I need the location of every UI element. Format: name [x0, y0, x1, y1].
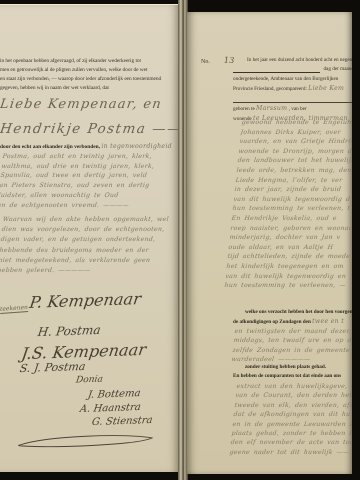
handwritten-line: an Pieters Stienstra, oud zeven en derti…: [0, 181, 178, 191]
blank-rule: [233, 66, 320, 73]
printed-line: In het jaar een duizend acht honderd ach…: [247, 56, 352, 65]
signature-witness-1: Donia: [75, 375, 103, 386]
handwritten-line: walthma, oud drie en twintig jaren, kler…: [1, 162, 179, 172]
handwritten-line: Waarvan wij den akte hebben opgemaakt, w…: [2, 215, 179, 225]
handwritten-line: gewoond hebbende te Engelum, z: [241, 118, 352, 128]
printed-intro: in het openbaar hebben afgevraagd, of zi…: [0, 57, 175, 93]
handwritten-line: minderjarig, dochter van Jan v: [229, 233, 352, 243]
handwritten-line: Spanvlia, oud twee en dertig jaren, veld: [0, 171, 179, 181]
handwritten-line: hun toestemming te verleenen, t: [232, 204, 352, 214]
left-page: in het openbaar hebben afgevraagd, of zi…: [0, 4, 179, 472]
handwritten-line: extract van den huwelijksgeve, den tw: [236, 382, 352, 391]
bride-name: Hendrikje Postma ———: [0, 121, 179, 137]
printed-fragment: dag der maand: [323, 65, 352, 74]
handwritten-line: dien was voorgelezen, door de echtgenoot…: [1, 225, 179, 235]
printed-line-with-blank: dag der maand: [233, 65, 352, 74]
bond-line: door den echt aan elkander zijn verbonde…: [0, 143, 178, 150]
handwritten-line: hebben geleerd. —————: [0, 266, 176, 276]
handwritten-line: niet medegeteekend, als verklarende geen: [0, 256, 177, 266]
handwritten-line: geene nader tot dit huwelijk ——: [229, 448, 352, 457]
printed-line-with-handwriting: geboren te Marssum , van ber: [233, 104, 352, 114]
comparanten-printed-line: En hebben de comparanten tot dat einde a…: [233, 373, 352, 379]
handwritten-line: van dit huwelijk tegenwoordig en: [225, 272, 348, 282]
handwritten-line: Postma, oud acht en twintig jaren, klerk…: [2, 152, 179, 162]
printed-line: gegeven, hebben wij in naam der wet verk…: [0, 84, 175, 93]
signature-witness-3: A. Haanstra: [79, 402, 141, 415]
handwritten-line: en twintigsten der maand dezer, des voor: [234, 327, 352, 336]
handwritten-line: plaats gehad, zonder te hebben bli: [231, 429, 352, 438]
signature-relative: S. J. Postma: [19, 360, 87, 375]
printed-line: en staat zijn verbonden, — waarop door i…: [0, 75, 175, 84]
handwritten-fill: twee en t: [312, 318, 344, 325]
registry-book-scan: in het openbaar hebben afgevraagd, of zi…: [0, 0, 360, 480]
opening-paragraph: In het jaar een duizend acht honderd ach…: [233, 56, 352, 125]
handwritten-line: zelfde Zondagen in de gemeente Leeu: [232, 346, 352, 355]
handwritten-line: en in de gemeente Leeuwarden zo: [232, 420, 352, 429]
bond-printed-text: door den echt aan elkander zijn verbonde…: [0, 144, 100, 150]
handwritten-line: tijd achttelieden, zijnde de moeder: [227, 252, 350, 262]
handwritten-line: middags, ten twaalf ure en op dez: [233, 336, 352, 345]
witness-block: Postma, oud acht en twintig jaren, klerk…: [0, 152, 179, 210]
right-closing-handwritten-block: extract van den huwelijksgeve, den twvan…: [229, 382, 352, 457]
handwritten-line: dat de afkondigingen van dit hu: [233, 410, 352, 419]
groom-name: Liebe Kempenaar, en: [0, 97, 163, 112]
handwritten-line: oude aldaar, en van Aaltje H: [228, 243, 351, 253]
signature-bride: H. Postma: [37, 323, 102, 339]
handwritten-line: En Hendrikje Voskelia, oud e: [231, 214, 352, 224]
handwritten-line: tweede van elk, den vierden, afschr: [234, 401, 352, 410]
handwritten-line: roep naaister, geboren en woonach: [230, 224, 352, 234]
blank-rule: [233, 94, 352, 103]
handwritten-line: het kinderlijk toegenegen en om: [226, 262, 349, 272]
publication-printed-line: welke ons verzocht hebben het door hen v…: [245, 309, 352, 315]
handwritten-line: vaarden, en van Grietje Hindriks: [239, 137, 352, 147]
signature-groom: P. Kempenaar: [28, 289, 142, 312]
act-number: No.13: [201, 56, 235, 65]
handwritten-line: Johannes Dirks Kuiper, over: [240, 128, 352, 138]
printed-line-with-handwriting: Provincie Friesland, gecompareerd: Liebe…: [233, 84, 352, 94]
comparanten-handwritten-block: gewoond hebbende te Engelum, zJohannes D…: [224, 118, 352, 291]
flourish-mark: [16, 433, 158, 451]
printed-line: men en getrouwelijk al de pligten zullen…: [0, 66, 175, 75]
signature-witness-4: G. Stienstra: [91, 415, 153, 428]
handwritten-line: an de echtgenooten vreemd. ————: [0, 201, 176, 211]
right-page: No.13 In het jaar een duizend acht honde…: [187, 12, 352, 474]
handwritten-line: leede orde, betrekken mag, den: [236, 166, 352, 176]
printed-fragment: Provincie Friesland, gecompareerd:: [233, 86, 307, 92]
publication-line-with-handwriting: de afkondigingen op Zondagen den twee en…: [233, 318, 352, 325]
printed-fragment: de afkondigingen op Zondagen den: [233, 319, 311, 325]
handwritten-line: in dezer jaar, zijnde de bruid: [234, 185, 352, 195]
signature-witness-2: J. Bottema: [87, 388, 141, 401]
printed-line: in het openbaar hebben afgevraagd, of zi…: [0, 57, 175, 66]
closing-block: Waarvan wij den akte hebben opgemaakt, w…: [0, 215, 179, 276]
handwritten-line: van de Courant, den derden het over: [235, 391, 352, 400]
handwritten-line: wonende te Dronrijp, morgen de: [238, 147, 352, 157]
printed-fragment: , van ber: [289, 106, 307, 112]
printed-fragment: geboren te: [233, 106, 255, 112]
act-number-label: No.: [201, 59, 210, 65]
handwritten-line: van dit huwelijk tegenwoordig d: [233, 195, 352, 205]
printed-line: ondergeteekende, Ambtenaar van den Burge…: [233, 75, 352, 84]
handwritten-fill: Liebe Kem: [308, 85, 344, 92]
handwritten-fill: Marssum: [256, 105, 287, 112]
handwritten-line: den landbouwer tot het huwelijks: [237, 156, 352, 166]
no-objection-printed-line: zonder stuiting hebben plaats gehad.: [245, 364, 352, 370]
handwritten-line: luidster, allen woonachtig te Oud: [0, 191, 177, 201]
margin-note: teekenen: [0, 304, 28, 314]
handwritten-line: den elf november de acte van toes: [230, 438, 352, 447]
handwritten-line: hebbende des bruidegoms moeder en der: [0, 246, 178, 256]
publication-handwritten-block: en twintigsten der maand dezer, des voor…: [231, 327, 352, 365]
handwritten-line: Liede Hengma, l’olifer, te ver: [235, 176, 352, 186]
handwritten-line: digen vader, en de getuigen onderteekend…: [0, 235, 179, 245]
handwritten-line: hun toestemming te verleenen, —: [224, 281, 347, 291]
bond-handwritten-tail: in tegenwoordigheid: [101, 143, 172, 150]
